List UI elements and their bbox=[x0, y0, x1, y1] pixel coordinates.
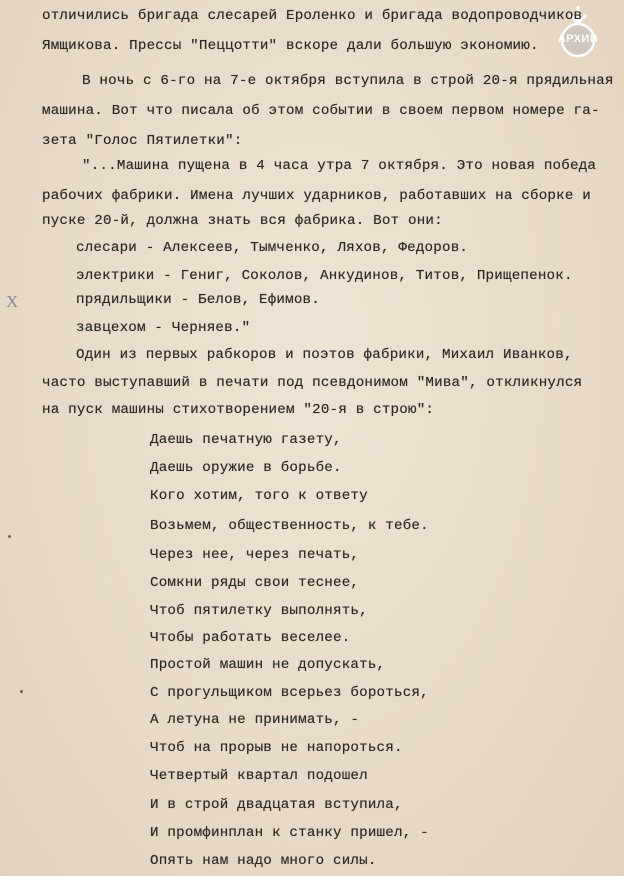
archive-logo-label: АРХИВ bbox=[554, 33, 602, 45]
text-line: Ямщикова. Прессы "Пеццотти" вскоре дали … bbox=[42, 38, 539, 54]
poem-line: Через нее, через печать, bbox=[150, 547, 359, 563]
poem-line: Кого хотим, того к ответу bbox=[150, 488, 368, 504]
text-line: Один из первых рабкоров и поэтов фабрики… bbox=[76, 347, 573, 363]
poem-line: Опять нам надо много силы. bbox=[150, 853, 377, 869]
document-page: АРХИВ X отличились бригада слесарей Ерол… bbox=[0, 0, 624, 876]
poem-line: С прогульщиком всерьез бороться, bbox=[150, 685, 429, 701]
text-line: часто выступавший в печати под псевдоним… bbox=[42, 375, 582, 391]
poem-line: Четвертый квартал подошел bbox=[150, 768, 368, 784]
poem-line: Сомкни ряды свои теснее, bbox=[150, 575, 359, 591]
text-line: пуске 20-й, должна знать вся фабрика. Во… bbox=[42, 213, 443, 229]
text-line: прядильщики - Белов, Ефимов. bbox=[76, 292, 320, 308]
poem-line: А летуна не принимать, - bbox=[150, 712, 359, 728]
poem-line: Чтобы работать веселее. bbox=[150, 630, 350, 646]
poem-line: Даешь печатную газету, bbox=[150, 432, 342, 448]
text-line: слесари - Алексеев, Тымченко, Ляхов, Фед… bbox=[76, 240, 468, 256]
poem-line: Чтоб на прорыв не напороться. bbox=[150, 740, 403, 756]
poem-line: Даешь оружие в борьбе. bbox=[150, 460, 342, 476]
text-line: В ночь с 6-го на 7-е октября вступила в … bbox=[82, 73, 614, 89]
paper-speck bbox=[20, 690, 23, 693]
text-line: машина. Вот что писала об этом событии в… bbox=[42, 103, 600, 119]
text-line: отличились бригада слесарей Ероленко и б… bbox=[42, 8, 582, 24]
text-line: зета "Голос Пятилетки": bbox=[42, 133, 242, 149]
text-line: завцехом - Черняев." bbox=[76, 320, 250, 336]
text-line: электрики - Гениг, Соколов, Анкудинов, Т… bbox=[76, 268, 573, 284]
poem-line: Простой машин не допускать, bbox=[150, 657, 385, 673]
text-line: рабочих фабрики. Имена лучших ударников,… bbox=[42, 188, 591, 204]
poem-line: Возьмем, общественность, к тебе. bbox=[150, 518, 429, 534]
paper-speck bbox=[8, 535, 11, 538]
text-line: "...Машина пущена в 4 часа утра 7 октябр… bbox=[82, 158, 596, 174]
text-line: на пуск машины стихотворением "20-я в ст… bbox=[42, 402, 434, 418]
poem-line: И промфинплан к станку пришел, - bbox=[150, 825, 429, 841]
poem-line: Чтоб пятилетку выполнять, bbox=[150, 603, 368, 619]
poem-line: И в строй двадцатая вступила, bbox=[150, 797, 403, 813]
margin-mark: X bbox=[6, 292, 18, 312]
